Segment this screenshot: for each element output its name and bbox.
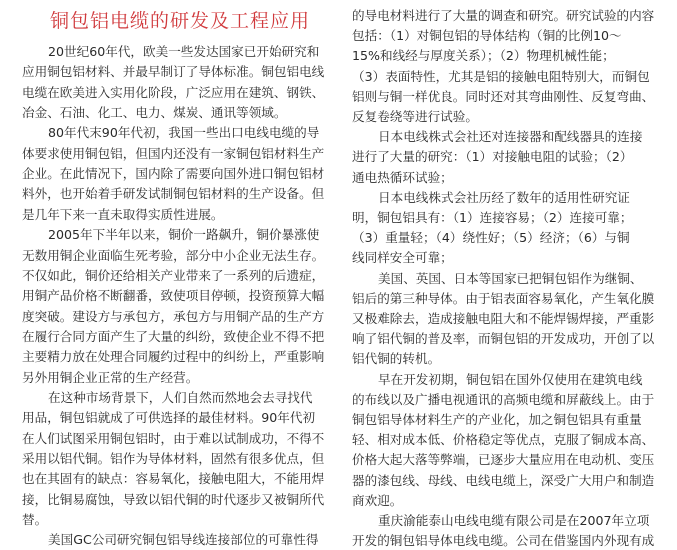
text-line: 响了铝代铜的普及率，而铜包铝的开发成功，开创了以 (352, 331, 670, 347)
text-line: 度突破。建设方与承包方，承包方与用铜产品的生产方 (22, 309, 340, 325)
paragraph-first-line: 日本电线株式会社还对连接器和配线器具的连接 (352, 129, 670, 145)
text-line: 线同样安全可靠； (352, 250, 670, 266)
text-line: （3）表面特性，尤其是铝的接触电阻特别大，而铜包 (352, 69, 670, 85)
text-line: 的布线以及广播电视通讯的高频电缆和屏蔽线上。由于 (352, 392, 670, 408)
text-line: 器的漆包线、母线、电线电缆上，深受广大用户和制造 (352, 473, 670, 489)
text-line: 冶金、石油、化工、电力、煤炭、通讯等领域。 (22, 105, 340, 121)
text-line: 采用以铝代铜。铝作为导体材料，固然有很多优点，但 (22, 451, 340, 467)
text-line: 通电热循环试验； (352, 170, 670, 186)
text-line: 进行了大量的研究：（1）对接触电阻的试验；（2） (352, 149, 670, 165)
text-line: 反复卷绕等进行试验。 (352, 109, 670, 125)
text-line: 又极难除去，造成接触电阻大和不能焊锡焊接，严重影 (352, 311, 670, 327)
text-line: 替。 (22, 512, 340, 528)
text-line: 体要求使用铜包铝，但国内还没有一家铜包铝材料生产 (22, 146, 340, 162)
paragraph-first-line: 日本电线株式会社历经了数年的适用性研究证 (352, 190, 670, 206)
paragraph-first-line: 早在开发初期，铜包铝在国外仅使用在建筑电线 (352, 372, 670, 388)
text-line: 商欢迎。 (352, 493, 670, 509)
text-line: 另外用铜企业正常的生产经营。 (22, 370, 340, 386)
text-line: 开发的铜包铝导体电线电缆。公司在借鉴国内外现有成 (352, 533, 670, 549)
text-line: 铜包铝导体材料生产的产业化，加之铜包铝具有重量 (352, 412, 670, 428)
text-line: 15%和线经与厚度关系）；（2）物理机械性能； (352, 48, 670, 64)
text-line: 是几年下来一直未取得实质性进展。 (22, 207, 340, 223)
text-line: 企业。在此情况下，国内除了需要向国外进口铜包铝材 (22, 166, 340, 182)
paragraph-first-line: 重庆渝能泰山电线电缆有限公司是在2007年立项 (352, 513, 670, 529)
text-line: 接，比铜易腐蚀，导致以铝代铜的时代逐步又被铜所代 (22, 492, 340, 508)
paragraph-first-line: 在这种市场背景下，人们自然而然地会去寻找代 (22, 390, 340, 406)
text-line: 轻、相对成本低、价格稳定等优点，克服了铜成本高、 (352, 432, 670, 448)
paragraph-first-line: 80年代末90年代初，我国一些出口电线电缆的导 (22, 125, 340, 141)
paragraph-first-line: 美国、英国、日本等国家已把铜包铝作为继铜、 (352, 271, 670, 287)
text-line: 明，铜包铝具有：（1）连接容易；（2）连接可靠； (352, 210, 670, 226)
text-line: 电缆在欧美进入实用化阶段，广泛应用在建筑、钢铁、 (22, 85, 340, 101)
text-line: 主要精力放在处理合同履约过程中的纠纷上，严重影响 (22, 349, 340, 365)
text-line: 用铜产品价格不断翻番，致使项目停顿，投资预算大幅 (22, 288, 340, 304)
text-line: 铝则与铜一样优良。同时还对其弯曲刚性、反复弯曲、 (352, 89, 670, 105)
text-line: 铝代铜的转机。 (352, 351, 670, 367)
text-line: 的导电材料进行了大量的调查和研究。研究试验的内容 (352, 8, 670, 24)
text-line: 应用铜包铝材料、并最早制订了导体标准。铜包铝电线 (22, 64, 340, 80)
text-line: 包括：（1）对铜包铝的导体结构（铜的比例10～ (352, 28, 670, 44)
text-line: 铝后的第三种导体。由于铝表面容易氧化，产生氧化膜 (352, 291, 670, 307)
text-line: 价格大起大落等弊端，已逐步大量应用在电动机、变压 (352, 452, 670, 468)
paragraph-first-line: 2005年下半年以来，铜价一路飙升，铜价暴涨使 (22, 227, 340, 243)
text-line: 不仅如此，铜价还给相关产业带来了一系列的后遗症， (22, 268, 340, 284)
paragraph-first-line: 20世纪60年代，欧美一些发达国家已开始研究和 (22, 44, 340, 60)
paragraph-first-line: 美国GC公司研究铜包铝导线连接部位的可靠性得 (22, 532, 340, 548)
article-title: 铜包铝电缆的研发及工程应用 (50, 6, 310, 33)
text-line: 在人们试图采用铜包铝时，由于难以试制成功，不得不 (22, 431, 340, 447)
text-line: 无数用铜企业面临生死考验，部分中小企业无法生存。 (22, 248, 340, 264)
text-line: 料外，也开始着手研发试制铜包铝材料的生产设备。但 (22, 186, 340, 202)
text-line: 用品，铜包铝就成了可供选择的最佳材料。90年代初 (22, 410, 340, 426)
text-line: （3）重量轻；（4）绕性好；（5）经济；（6）与铜 (352, 230, 670, 246)
text-line: 在履行合同方面产生了大量的纠纷，致使企业不得不把 (22, 329, 340, 345)
text-line: 也在其固有的缺点：容易氧化，接触电阻大，不能用焊 (22, 471, 340, 487)
